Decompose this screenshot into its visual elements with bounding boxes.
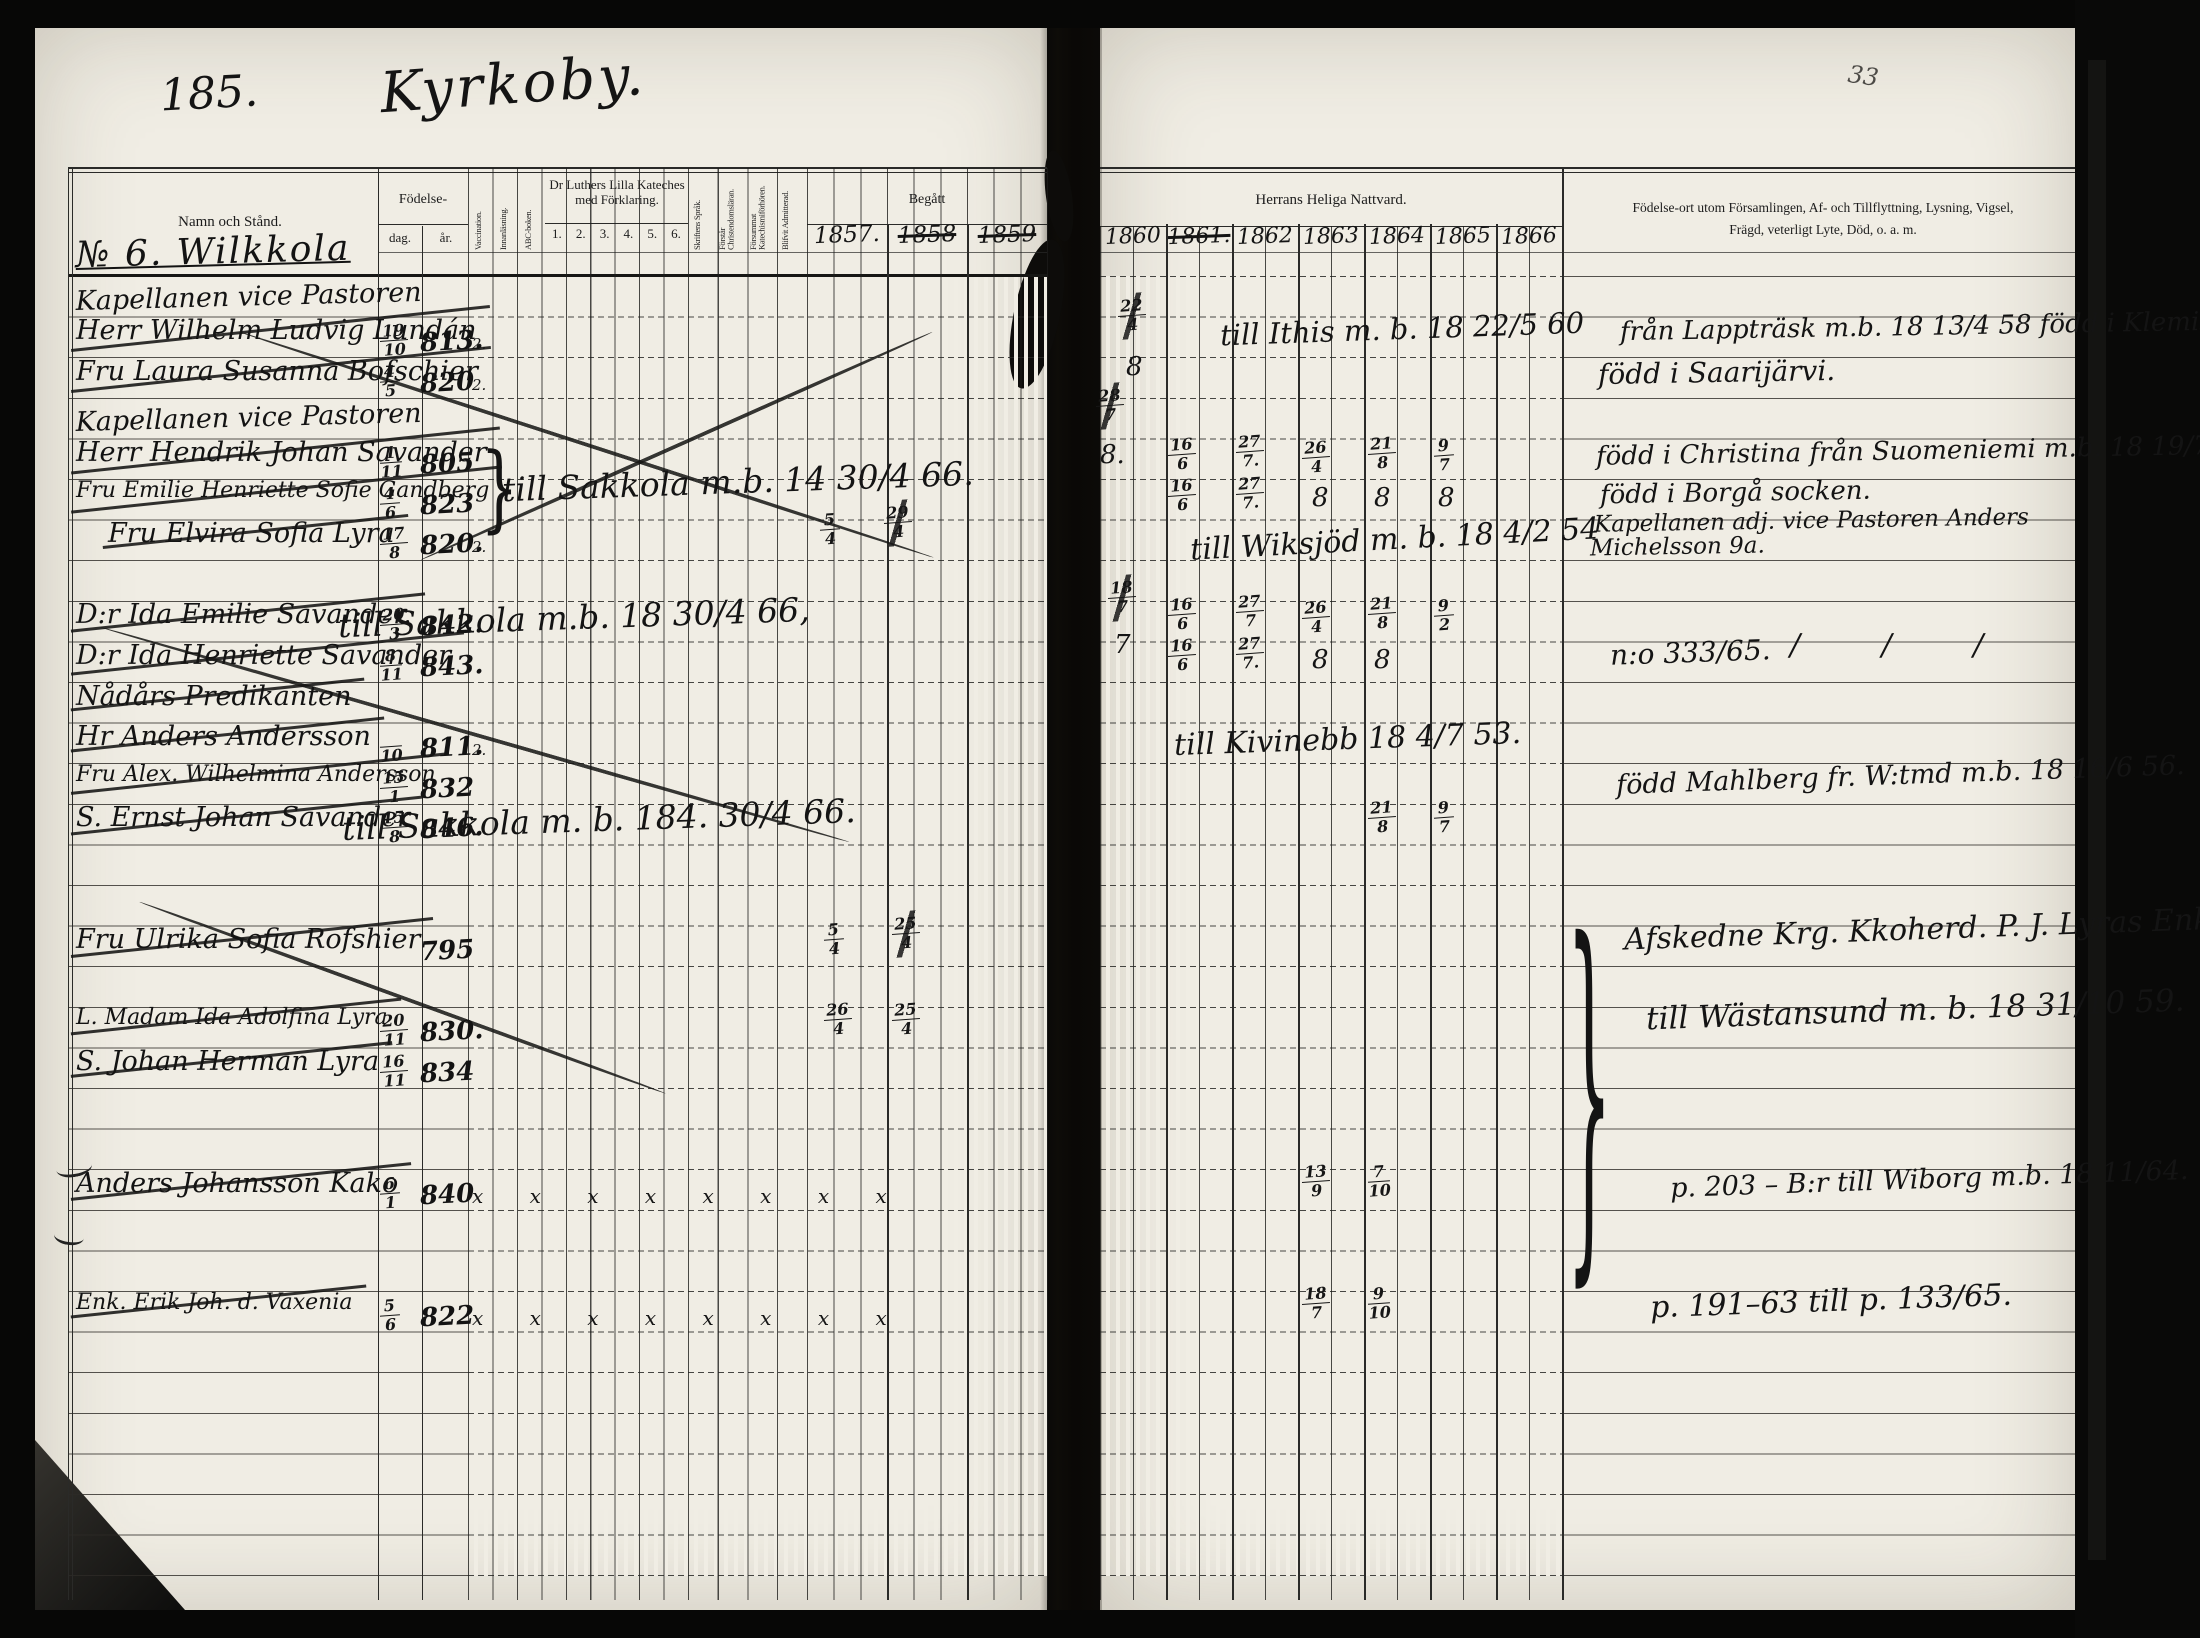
birth-year: 823 — [419, 489, 472, 522]
fraction-note: 97 — [1433, 799, 1455, 836]
ink-annotation: 8 — [1374, 483, 1391, 513]
entry-row: Nådårs Predikanten — [68, 683, 470, 725]
fraction-note: 710 — [1367, 1163, 1392, 1201]
fraction-note: 277 — [1235, 593, 1266, 631]
fraction-note: 97 — [1433, 437, 1455, 474]
entry-name: Herr Wilhelm Ludvig Lundán — [76, 315, 477, 346]
birth-year: 811. — [419, 732, 472, 765]
year-column-line — [1166, 224, 1168, 1600]
margin-note: född i Saarijärvi. — [1598, 354, 1836, 391]
margin-note: n:o 333/65. — [1609, 633, 1771, 672]
birth-year: 843. — [419, 651, 472, 684]
ink-annotation: 8 — [1312, 483, 1329, 513]
year-column-line — [1298, 224, 1300, 1600]
fraction-note: 218 — [1367, 595, 1398, 633]
fraction-note: 254 — [891, 915, 922, 953]
margin-note: Michelsson 9a. — [1590, 532, 1765, 561]
page-stack-edge — [2088, 60, 2106, 1560]
fraction-note: 277. — [1235, 433, 1266, 471]
fraction-note: 187 — [1301, 1285, 1332, 1323]
notes-column-line — [1562, 168, 1564, 1600]
page-title-year: 185. — [159, 65, 260, 121]
entry-name: Hr Anders Andersson — [76, 721, 371, 752]
vaccination-mark: 2. — [472, 741, 486, 759]
entry-name: Kapellanen vice Pastoren — [75, 277, 422, 317]
fraction-note: 218 — [1367, 799, 1398, 837]
fraction-note: 187 — [1107, 579, 1138, 617]
ink-annotation: 8. — [1100, 440, 1125, 470]
table-top-rule — [1100, 172, 2075, 173]
birth-year: 834 — [419, 1057, 472, 1090]
birth-day-fraction: 1611 — [379, 1053, 410, 1091]
vaccination-mark: 2. — [472, 376, 486, 394]
fraction-note: 166 — [1167, 436, 1198, 474]
year-column-line — [1430, 224, 1432, 1600]
entry-name: S. Johan Herman Lyra — [76, 1046, 379, 1077]
ink-brace: } — [1567, 862, 1612, 1318]
ink-annotation: 8 — [1126, 352, 1143, 382]
fraction-note: 264 — [823, 1001, 854, 1039]
year-column-line — [967, 224, 969, 1600]
year-column-line — [1364, 224, 1366, 1600]
birth-day-fraction: 61 — [379, 1175, 401, 1212]
entry-name: Enk. Erik Joh. d. Vaxenia — [76, 1290, 353, 1315]
fraction-note: 218 — [1367, 435, 1398, 473]
fraction-note: 254 — [891, 1001, 922, 1039]
ink-annotation: 8 — [1374, 645, 1391, 675]
fraction-note: 277. — [1235, 635, 1266, 673]
reading-marks: x x x x x x x x — [472, 1184, 832, 1208]
entry-name: № 6. Wilkkola — [75, 228, 351, 276]
entry-row: Fru Emilie Henriette Sofie Gandberg 46 8… — [68, 480, 470, 522]
entry-row: S. Johan Herman Lyra 1611 834 — [68, 1048, 470, 1090]
fraction-note: 92 — [1433, 597, 1455, 634]
entry-row: L. Madam Ida Adolfina Lyra 2011 830. — [68, 1007, 470, 1049]
fraction-note: 294 — [883, 504, 914, 542]
margin-note: född i Borgå socken. — [1600, 476, 1871, 511]
entry-row: Enk. Erik Joh. d. Vaxenia 56 822 x x x x… — [68, 1292, 470, 1334]
entry-name: Fru Laura Susanna Bofschier — [76, 356, 478, 387]
birth-day-fraction: 178 — [379, 525, 410, 563]
entry-row: Anders Johansson Kako 61 840 x x x x x x… — [68, 1170, 470, 1212]
fraction-note: 264 — [1301, 439, 1332, 477]
entry-row: № 6. Wilkkola — [68, 234, 470, 278]
grid-lines — [688, 168, 807, 1600]
column-header-birth: Födelse- — [378, 192, 468, 208]
entry-row: D:r Ida Henriette Savander 811 843. — [68, 642, 470, 684]
birth-day-fraction: 56 — [379, 1297, 401, 1334]
entry-row: Kapellanen vice Pastoren — [68, 398, 470, 440]
birth-year: 840 — [419, 1179, 472, 1212]
ink-annotation: 8 — [1438, 483, 1455, 513]
entry-row: Fru Elvira Sofia Lyra 178 820. 2. — [68, 520, 470, 562]
entry-name: Anders Johansson Kako — [76, 1168, 398, 1199]
scanned-parish-register: 185. Kyrkoby. 33 Namn och Stånd. Födelse… — [0, 0, 2200, 1638]
birth-year: 795 — [419, 935, 472, 968]
fraction-note: 224 — [1117, 297, 1148, 335]
ink-annotation: 7 — [1114, 630, 1131, 660]
corner-mark: 33 — [1846, 60, 1880, 92]
fraction-note: 139 — [1301, 1163, 1332, 1201]
header-rule — [378, 224, 468, 225]
entry-name: Kapellanen vice Pastoren — [75, 398, 422, 438]
entry-name: L. Madam Ida Adolfina Lyra — [76, 1005, 388, 1030]
margin-tick-marks: ∕ ∕ ∕ — [1790, 628, 2019, 663]
grid-lines — [807, 168, 1048, 1600]
column-header-notes-line2: Frägd, veterligt Lyte, Död, o. a. m. — [1575, 222, 2071, 238]
fraction-note: 277. — [1235, 475, 1266, 513]
grid-lines — [468, 168, 688, 1600]
grid-lines — [1100, 226, 1562, 1600]
fraction-note: 166 — [1167, 596, 1198, 634]
fraction-note: 54 — [823, 921, 845, 958]
entry-row: Herr Wilhelm Ludvig Lundán 1910 813. 2. — [68, 317, 470, 359]
fraction-note: 166 — [1167, 477, 1198, 515]
column-header-notes-line1: Födelse-ort utom Församlingen, Af- och T… — [1575, 200, 2071, 216]
fraction-note: 166 — [1167, 637, 1198, 675]
table-top-rule — [1100, 167, 2075, 169]
fraction-note: 54 — [819, 511, 841, 548]
ink-annotation: 8 — [1312, 645, 1329, 675]
birth-year: 832 — [419, 773, 472, 806]
column-header-communion: Herrans Heliga Nattvard. — [1100, 192, 1562, 209]
entry-row: Fru Laura Susanna Bofschier 45 820 2. — [68, 358, 470, 400]
fraction-note: 287 — [1095, 387, 1126, 425]
year-column-line — [1496, 224, 1498, 1600]
fraction-note: 264 — [1301, 599, 1332, 637]
reading-marks: x x x x x x x x — [472, 1306, 832, 1330]
entry-name: Fru Elvira Sofia Lyra — [108, 518, 395, 549]
fraction-note: 910 — [1367, 1285, 1392, 1323]
year-column-line — [1232, 224, 1234, 1600]
birth-year: 822 — [419, 1301, 472, 1334]
birth-day-fraction: 811 — [379, 647, 404, 685]
